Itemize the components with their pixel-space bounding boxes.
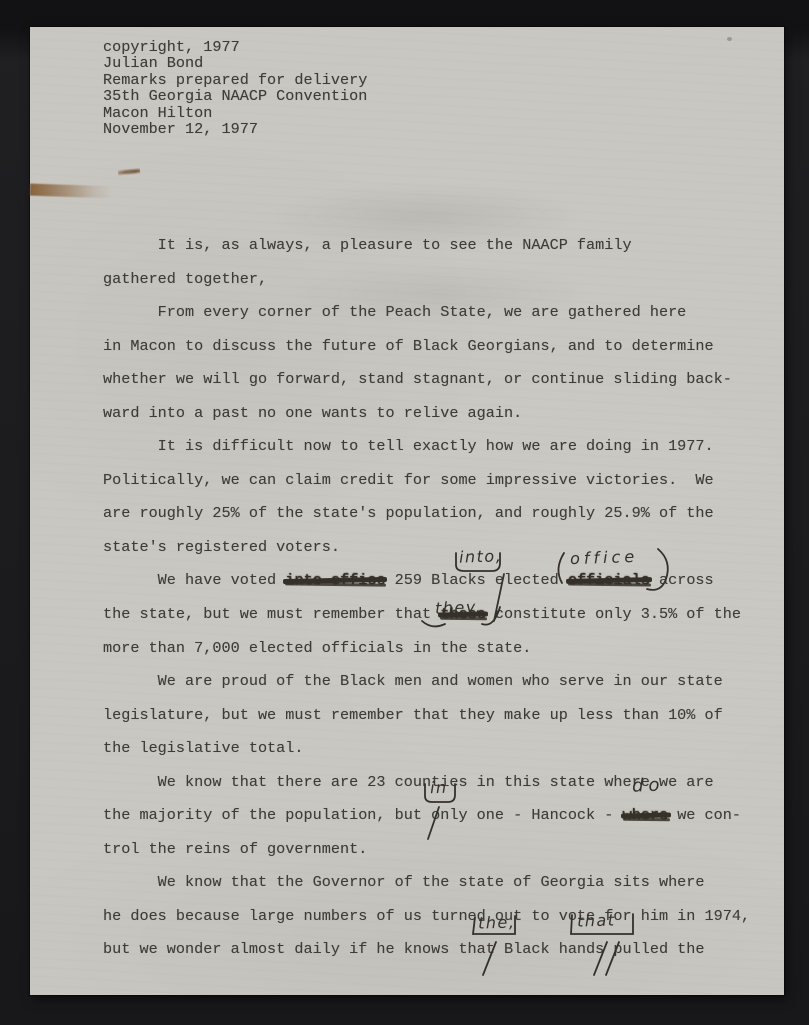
typed-line: We are proud of the Black men and women … — [103, 665, 783, 699]
typed-text: We are proud of the Black men and women … — [103, 672, 723, 690]
header-line: Macon Hilton — [103, 105, 367, 121]
typed-line: We know that there are 23 counties in th… — [103, 766, 783, 800]
typed-line: It is difficult now to tell exactly how … — [103, 430, 783, 464]
header-line: Remarks prepared for delivery — [103, 72, 367, 88]
typed-text: From every corner of the Peach State, we… — [103, 303, 686, 321]
typed-text: gathered together, — [103, 270, 267, 288]
typed-line: We have voted into office 259 Blacks ele… — [103, 564, 783, 598]
typed-line: but we wonder almost daily if he knows t… — [103, 933, 783, 967]
typed-text: he does because large numbers of us turn… — [103, 907, 750, 925]
typed-text: ward into a past no one wants to relive … — [103, 404, 522, 422]
typed-text: we con- — [668, 806, 741, 824]
typed-text: constitute only 3.5% of the — [486, 605, 741, 623]
typed-text: the legislative total. — [103, 739, 304, 757]
document-page: copyright, 1977Julian BondRemarks prepar… — [30, 27, 784, 995]
typed-text: We know that there are 23 counties in th… — [103, 773, 714, 791]
typed-line: state's registered voters. — [103, 531, 783, 565]
struck-out-text: where — [623, 799, 669, 833]
typed-line: We know that the Governor of the state o… — [103, 866, 783, 900]
typed-line: From every corner of the Peach State, we… — [103, 296, 783, 330]
struck-out-text: into office — [285, 564, 385, 598]
header-line: copyright, 1977 — [103, 39, 367, 55]
typed-line: It is, as always, a pleasure to see the … — [103, 229, 783, 263]
typed-line: more than 7,000 elected officials in the… — [103, 632, 783, 666]
typed-line: the majority of the population, but only… — [103, 799, 783, 833]
typed-text: but we wonder almost daily if he knows t… — [103, 940, 705, 958]
typed-text: We know that the Governor of the state o… — [103, 873, 705, 891]
typed-line: the legislative total. — [103, 732, 783, 766]
typed-text: are roughly 25% of the state's populatio… — [103, 504, 714, 522]
header-line: Julian Bond — [103, 55, 367, 71]
typed-line: Politically, we can claim credit for som… — [103, 464, 783, 498]
typed-line: gathered together, — [103, 263, 783, 297]
typed-text: whether we will go forward, stand stagna… — [103, 370, 732, 388]
typed-text: It is, as always, a pleasure to see the … — [103, 236, 632, 254]
typed-text: state's registered voters. — [103, 538, 340, 556]
typed-text: It is difficult now to tell exactly how … — [103, 437, 714, 455]
struck-out-text: officials — [568, 564, 650, 598]
typed-line: ward into a past no one wants to relive … — [103, 397, 783, 431]
typed-text: trol the reins of government. — [103, 840, 367, 858]
stain-speck — [118, 167, 141, 177]
scan-background: { "colors": { "background": "#1b1b1e", "… — [0, 0, 809, 1025]
typed-text: in Macon to discuss the future of Black … — [103, 337, 714, 355]
typed-text: more than 7,000 elected officials in the… — [103, 639, 531, 657]
header-line: 35th Georgia NAACP Convention — [103, 88, 367, 104]
stain-streak — [30, 184, 112, 199]
body-block: It is, as always, a pleasure to see the … — [103, 229, 783, 967]
typed-line: in Macon to discuss the future of Black … — [103, 330, 783, 364]
typed-line: the state, but we must remember that the… — [103, 598, 783, 632]
struck-out-text: these — [440, 598, 486, 632]
typed-line: are roughly 25% of the state's populatio… — [103, 497, 783, 531]
typed-text: across — [650, 571, 714, 589]
typed-text: Politically, we can claim credit for som… — [103, 471, 714, 489]
typed-text: legislature, but we must remember that t… — [103, 706, 723, 724]
typed-text: We have voted — [103, 571, 285, 589]
typed-text: the state, but we must remember that — [103, 605, 440, 623]
typed-line: legislature, but we must remember that t… — [103, 699, 783, 733]
typed-text: the majority of the population, but only… — [103, 806, 623, 824]
header-block: copyright, 1977Julian BondRemarks prepar… — [103, 39, 367, 137]
typed-text: 259 Blacks elected — [386, 571, 568, 589]
header-line: November 12, 1977 — [103, 121, 367, 137]
stain-dot — [727, 37, 732, 41]
typed-line: trol the reins of government. — [103, 833, 783, 867]
typed-line: whether we will go forward, stand stagna… — [103, 363, 783, 397]
typed-line: he does because large numbers of us turn… — [103, 900, 783, 934]
